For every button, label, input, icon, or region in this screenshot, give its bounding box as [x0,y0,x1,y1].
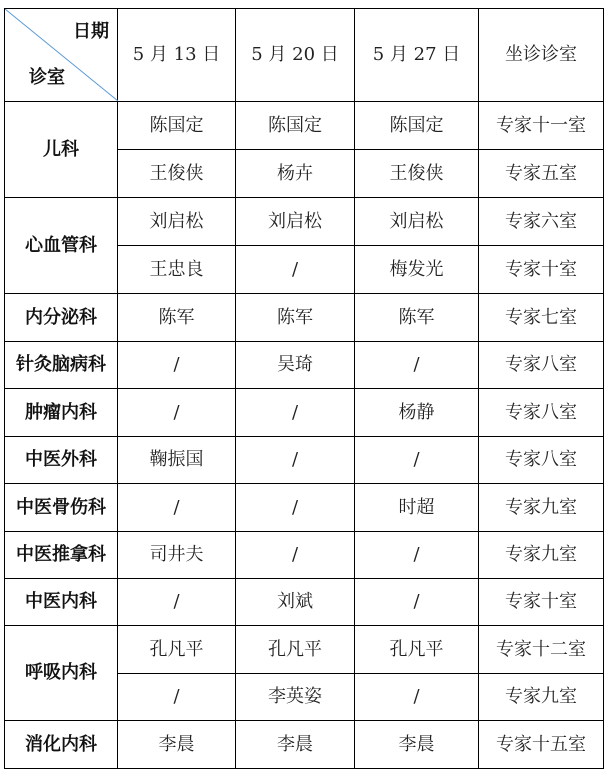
room-cell: 专家八室 [479,437,604,484]
department-cell: 内分泌科 [5,294,118,342]
doctor-cell: / [118,579,236,626]
doctor-cell: 陈军 [118,294,236,342]
doctor-cell: 李晨 [355,721,479,769]
expert-schedule-table: 日期 诊室 5 月 13 日 5 月 20 日 5 月 27 日 坐诊诊室 儿科… [4,8,604,769]
table-row: 儿科陈国定陈国定陈国定专家十一室 [5,102,604,150]
table-row: 肿瘤内科//杨静专家八室 [5,389,604,437]
room-cell: 专家十五室 [479,721,604,769]
doctor-cell: / [236,246,355,294]
doctor-cell: / [236,437,355,484]
doctor-cell: / [236,389,355,437]
department-cell: 消化内科 [5,721,118,769]
department-cell: 心血管科 [5,198,118,294]
doctor-cell: 杨卉 [236,150,355,198]
table-row: 中医骨伤科//时超专家九室 [5,484,604,532]
corner-cell: 日期 诊室 [5,9,118,102]
header-date-1: 5 月 13 日 [118,9,236,102]
room-cell: 专家八室 [479,342,604,389]
corner-label-date: 日期 [73,23,109,41]
corner-label-room: 诊室 [29,69,65,87]
doctor-cell: / [118,389,236,437]
doctor-cell: 王忠良 [118,246,236,294]
room-cell: 专家六室 [479,198,604,246]
doctor-cell: 刘斌 [236,579,355,626]
room-cell: 专家五室 [479,150,604,198]
doctor-cell: 陈军 [236,294,355,342]
doctor-cell: / [355,674,479,721]
doctor-cell: 吴琦 [236,342,355,389]
header-row: 日期 诊室 5 月 13 日 5 月 20 日 5 月 27 日 坐诊诊室 [5,9,604,102]
doctor-cell: 司井夫 [118,532,236,579]
doctor-cell: / [355,342,479,389]
header-date-3: 5 月 27 日 [355,9,479,102]
table-row: 针灸脑病科/吴琦/专家八室 [5,342,604,389]
doctor-cell: 王俊侠 [355,150,479,198]
room-cell: 专家九室 [479,674,604,721]
doctor-cell: 鞠振国 [118,437,236,484]
doctor-cell: 孔凡平 [118,626,236,674]
doctor-cell: 时超 [355,484,479,532]
doctor-cell: 刘启松 [355,198,479,246]
doctor-cell: 孔凡平 [236,626,355,674]
table-row: 呼吸内科孔凡平孔凡平孔凡平专家十二室 [5,626,604,674]
room-cell: 专家十二室 [479,626,604,674]
doctor-cell: / [236,484,355,532]
department-cell: 针灸脑病科 [5,342,118,389]
doctor-cell: / [118,342,236,389]
doctor-cell: / [355,579,479,626]
doctor-cell: 王俊侠 [118,150,236,198]
doctor-cell: 孔凡平 [355,626,479,674]
department-cell: 中医推拿科 [5,532,118,579]
table-row: 中医外科鞠振国//专家八室 [5,437,604,484]
department-cell: 儿科 [5,102,118,198]
room-cell: 专家九室 [479,532,604,579]
doctor-cell: / [355,532,479,579]
header-room: 坐诊诊室 [479,9,604,102]
doctor-cell: 梅发光 [355,246,479,294]
room-cell: 专家十一室 [479,102,604,150]
doctor-cell: / [236,532,355,579]
doctor-cell: 陈军 [355,294,479,342]
room-cell: 专家八室 [479,389,604,437]
doctor-cell: 刘启松 [118,198,236,246]
table-row: 内分泌科陈军陈军陈军专家七室 [5,294,604,342]
doctor-cell: 陈国定 [118,102,236,150]
table-row: 中医推拿科司井夫//专家九室 [5,532,604,579]
schedule-table-container: 日期 诊室 5 月 13 日 5 月 20 日 5 月 27 日 坐诊诊室 儿科… [4,8,603,766]
department-cell: 肿瘤内科 [5,389,118,437]
doctor-cell: 杨静 [355,389,479,437]
room-cell: 专家七室 [479,294,604,342]
department-cell: 中医骨伤科 [5,484,118,532]
department-cell: 中医内科 [5,579,118,626]
doctor-cell: 李英姿 [236,674,355,721]
department-cell: 中医外科 [5,437,118,484]
table-row: 心血管科刘启松刘启松刘启松专家六室 [5,198,604,246]
room-cell: 专家十室 [479,246,604,294]
doctor-cell: / [355,437,479,484]
department-cell: 呼吸内科 [5,626,118,721]
room-cell: 专家九室 [479,484,604,532]
table-row: 中医内科/刘斌/专家十室 [5,579,604,626]
header-date-2: 5 月 20 日 [236,9,355,102]
doctor-cell: / [118,484,236,532]
doctor-cell: 陈国定 [236,102,355,150]
doctor-cell: 刘启松 [236,198,355,246]
doctor-cell: 李晨 [118,721,236,769]
room-cell: 专家十室 [479,579,604,626]
doctor-cell: / [118,674,236,721]
table-row: 消化内科李晨李晨李晨专家十五室 [5,721,604,769]
doctor-cell: 李晨 [236,721,355,769]
doctor-cell: 陈国定 [355,102,479,150]
